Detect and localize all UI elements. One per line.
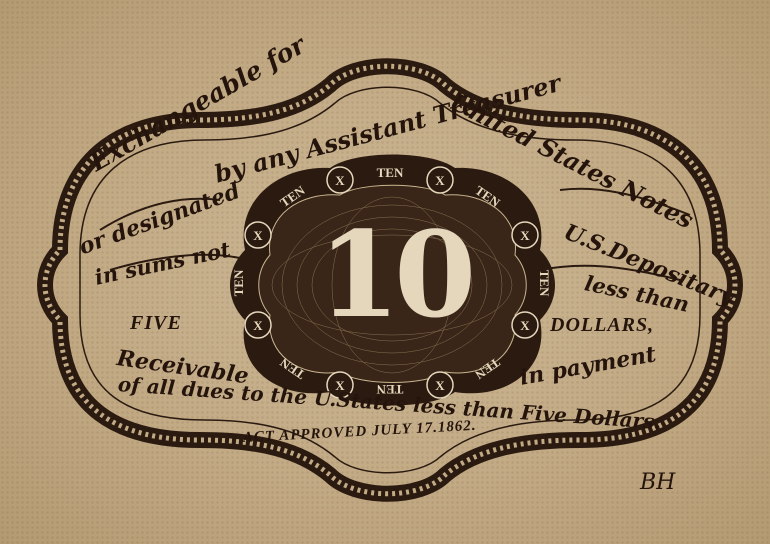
svg-text:X: X (253, 318, 263, 333)
text-five: FIVE (130, 312, 182, 335)
svg-text:TEN: TEN (231, 269, 246, 296)
svg-text:TEN: TEN (537, 270, 552, 297)
fractional-currency-note: XX XX XX XX TEN TEN TEN TEN TEN TEN TEN … (0, 0, 770, 544)
svg-text:X: X (435, 173, 445, 188)
text-dollars: DOLLARS, (550, 314, 654, 337)
svg-text:X: X (520, 228, 530, 243)
svg-text:X: X (435, 378, 445, 393)
svg-text:TEN: TEN (377, 165, 404, 180)
svg-text:X: X (520, 318, 530, 333)
svg-text:X: X (253, 228, 263, 243)
denomination-numeral: 10 (318, 205, 470, 344)
svg-text:X: X (335, 173, 345, 188)
engraver-monogram: BH (640, 470, 675, 495)
